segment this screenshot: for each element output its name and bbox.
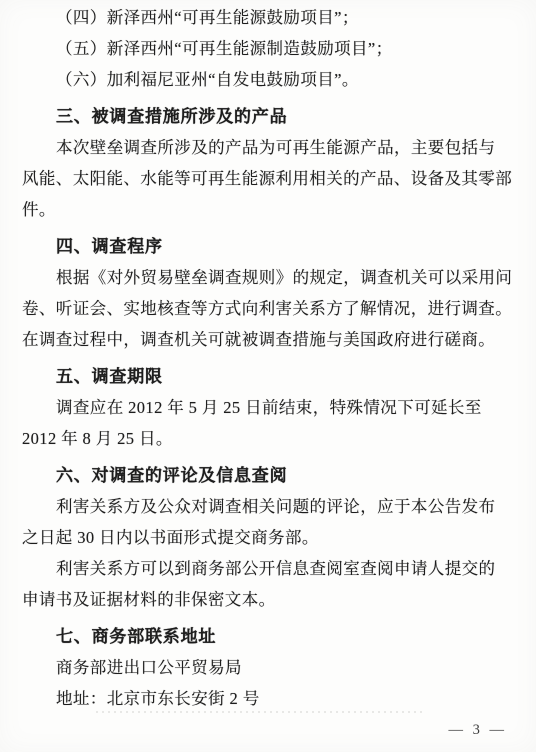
paragraph-first-line: 利害关系方可以到商务部公开信息查阅室查阅申请人提交的 — [22, 553, 510, 584]
paragraph-line: 申请书及证据材料的非保密文本。 — [22, 584, 510, 615]
list-item: （六）加利福尼亚州“自发电鼓励项目”。 — [22, 64, 510, 95]
document-body: （四）新泽西州“可再生能源鼓励项目”；（五）新泽西州“可再生能源制造鼓励项目”；… — [0, 0, 536, 714]
page-number: — 3 — — [449, 719, 508, 741]
section-heading: 六、对调查的评论及信息查阅 — [22, 460, 510, 491]
section-heading: 三、被调查措施所涉及的产品 — [22, 101, 510, 132]
paragraph-line: 在调查过程中，调查机关可就被调查措施与美国政府进行磋商。 — [22, 324, 510, 355]
paragraph-first-line: 利害关系方及公众对调查相关问题的评论，应于本公告发布 — [22, 491, 510, 522]
list-item: （四）新泽西州“可再生能源鼓励项目”； — [22, 2, 510, 33]
paragraph-line: 卷、听证会、实地核查等方式向利害关系方了解情况，进行调查。 — [22, 293, 510, 324]
address-line: 地址：北京市东长安街 2 号 — [22, 683, 510, 714]
paragraph-first-line: 调查应在 2012 年 5 月 25 日前结束，特殊情况下可延长至 — [22, 392, 510, 423]
paragraph-line: 件。 — [22, 194, 510, 225]
address-line: 商务部进出口公平贸易局 — [22, 652, 510, 683]
paragraph-line: 之日起 30 日内以书面形式提交商务部。 — [22, 522, 510, 553]
paragraph-first-line: 本次壁垒调查所涉及的产品为可再生能源产品，主要包括与 — [22, 132, 510, 163]
paragraph-first-line: 根据《对外贸易壁垒调查规则》的规定，调查机关可以采用问 — [22, 262, 510, 293]
scanned-document-page: （四）新泽西州“可再生能源鼓励项目”；（五）新泽西州“可再生能源制造鼓励项目”；… — [0, 0, 536, 752]
section-heading: 四、调查程序 — [22, 231, 510, 262]
paragraph-line: 2012 年 8 月 25 日。 — [22, 423, 510, 454]
section-heading: 五、调查期限 — [22, 361, 510, 392]
section-heading: 七、商务部联系地址 — [22, 621, 510, 652]
paragraph-line: 风能、太阳能、水能等可再生能源利用相关的产品、设备及其零部 — [22, 163, 510, 194]
list-item: （五）新泽西州“可再生能源制造鼓励项目”； — [22, 33, 510, 64]
